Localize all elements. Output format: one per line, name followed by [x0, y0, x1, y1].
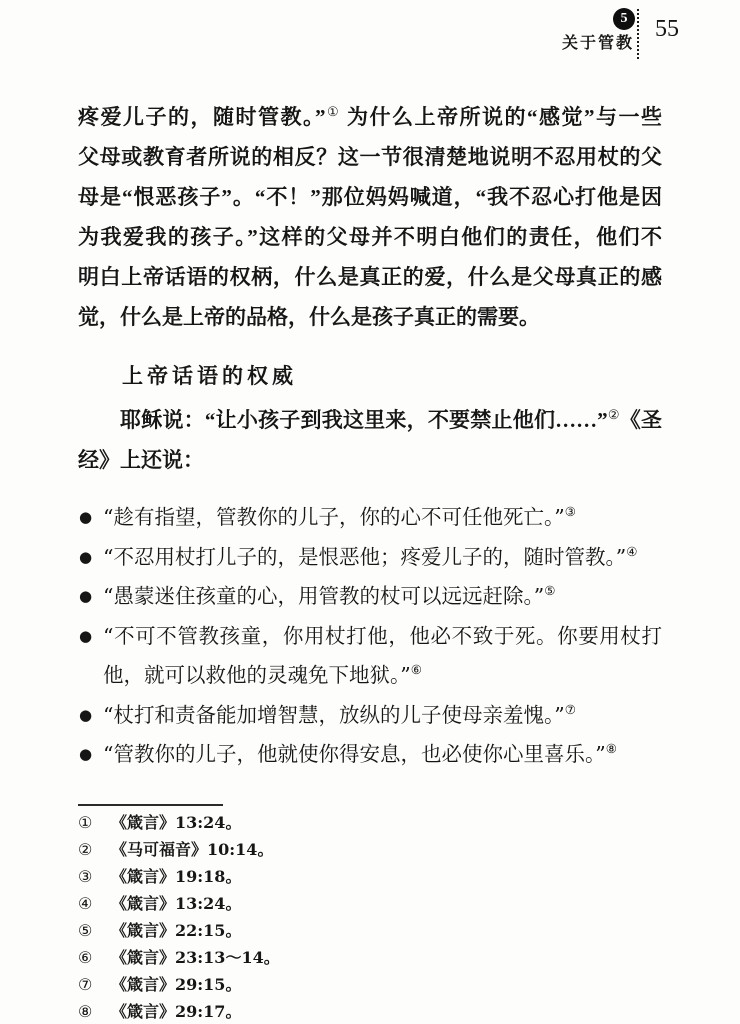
footnote-marker: ③: [78, 863, 111, 890]
bullet-icon: ●: [79, 617, 92, 657]
footnote-marker: ④: [78, 890, 111, 917]
bullet-icon: ●: [79, 498, 92, 538]
footnote-marker: ⑥: [78, 944, 111, 971]
section-heading: 上帝话语的权威: [122, 360, 297, 390]
footnote-text: 《箴言》19:18。: [111, 867, 241, 886]
scripture-quote-list: ● “趁有指望，管教你的儿子，你的心不可任他死亡。”③ ● “不忍用杖打儿子的，…: [78, 498, 662, 775]
leadin-paragraph: 耶稣说：“让小孩子到我这里来，不要禁止他们……”②《圣 经》上还说：: [78, 400, 662, 480]
page-number: 55: [655, 16, 679, 43]
intro-paragraph: 疼爱儿子的，随时管教。”① 为什么上帝所说的“感觉”与一些 父母或教育者所说的相…: [78, 97, 662, 337]
quote-line: “管教你的儿子，他就使你得安息，也必使你心里喜乐。”⑧: [103, 735, 662, 775]
list-item: ● “不忍用杖打儿子的，是恨恶他；疼爱儿子的，随时管教。”④: [78, 538, 662, 578]
bullet-icon: ●: [79, 577, 92, 617]
footnote-text: 《箴言》13:24。: [111, 813, 241, 832]
footnote-marker: ⑤: [78, 917, 111, 944]
footnote-marker: ⑦: [78, 971, 111, 998]
footnote-text: 《箴言》29:17。: [111, 1002, 241, 1021]
paragraph-line: 明白上帝话语的权柄，什么是真正的爱，什么是父母真正的感: [78, 257, 662, 297]
paragraph-line: 疼爱儿子的，随时管教。”① 为什么上帝所说的“感觉”与一些: [78, 97, 662, 137]
paragraph-line: 为我爱我的孩子。”这样的父母并不明白他们的责任，他们不: [78, 217, 662, 257]
quote-line: “不可不管教孩童，你用杖打他，他必不致于死。你要用杖打: [103, 617, 662, 657]
footnote-marker: ⑧: [78, 998, 111, 1024]
quote-line: 他，就可以救他的灵魂免下地狱。”⑥: [103, 656, 662, 696]
running-head-chapter-title: 关于管教: [548, 30, 634, 53]
list-item: ● “趁有指望，管教你的儿子，你的心不可任他死亡。”③: [78, 498, 662, 538]
list-item: ● “管教你的儿子，他就使你得安息，也必使你心里喜乐。”⑧: [78, 735, 662, 775]
footnote-divider: [78, 804, 223, 806]
footnote-item: ③《箴言》19:18。: [78, 863, 478, 890]
footnote-item: ②《马可福音》10:14。: [78, 836, 478, 863]
quote-line: “杖打和责备能加增智慧，放纵的儿子使母亲羞愧。”⑦: [103, 696, 662, 736]
paragraph-line: 经》上还说：: [78, 440, 662, 480]
footnote-item: ⑦《箴言》29:15。: [78, 971, 478, 998]
footnote-text: 《箴言》23:13～14。: [111, 948, 280, 967]
bullet-icon: ●: [79, 696, 92, 736]
footnote-text: 《箴言》29:15。: [111, 975, 241, 994]
paragraph-line: 耶稣说：“让小孩子到我这里来，不要禁止他们……”②《圣: [78, 400, 662, 440]
quote-line: “愚蒙迷住孩童的心，用管教的杖可以远远赶除。”⑤: [103, 577, 662, 617]
paragraph-line: 父母或教育者所说的相反？这一节很清楚地说明不忍用杖的父: [78, 137, 662, 177]
chapter-number-badge: 5: [613, 8, 635, 30]
footnote-text: 《马可福音》10:14。: [111, 840, 273, 859]
footnote-item: ④《箴言》13:24。: [78, 890, 478, 917]
footnote-item: ⑥《箴言》23:13～14。: [78, 944, 478, 971]
list-item: ● “杖打和责备能加增智慧，放纵的儿子使母亲羞愧。”⑦: [78, 696, 662, 736]
paragraph-line: 母是“恨恶孩子”。“不！”那位妈妈喊道，“我不忍心打他是因: [78, 177, 662, 217]
footnote-marker: ①: [78, 809, 111, 836]
paragraph-line: 觉，什么是上帝的品格，什么是孩子真正的需要。: [78, 297, 662, 337]
footnote-list: ①《箴言》13:24。 ②《马可福音》10:14。 ③《箴言》19:18。 ④《…: [78, 809, 478, 1024]
footnote-text: 《箴言》13:24。: [111, 894, 241, 913]
footnote-text: 《箴言》22:15。: [111, 921, 241, 940]
book-page: 5 关于管教 55 疼爱儿子的，随时管教。”① 为什么上帝所说的“感觉”与一些 …: [0, 0, 740, 1024]
quote-line: “趁有指望，管教你的儿子，你的心不可任他死亡。”③: [103, 498, 662, 538]
quote-line: “不忍用杖打儿子的，是恨恶他；疼爱儿子的，随时管教。”④: [103, 538, 662, 578]
bullet-icon: ●: [79, 735, 92, 775]
footnote-item: ①《箴言》13:24。: [78, 809, 478, 836]
footnote-marker: ②: [78, 836, 111, 863]
list-item: ● “愚蒙迷住孩童的心，用管教的杖可以远远赶除。”⑤: [78, 577, 662, 617]
footnote-item: ⑧《箴言》29:17。: [78, 998, 478, 1024]
footnote-item: ⑤《箴言》22:15。: [78, 917, 478, 944]
bullet-icon: ●: [79, 538, 92, 578]
header-dotted-divider: [637, 9, 639, 59]
list-item: ● “不可不管教孩童，你用杖打他，他必不致于死。你要用杖打 他，就可以救他的灵魂…: [78, 617, 662, 696]
